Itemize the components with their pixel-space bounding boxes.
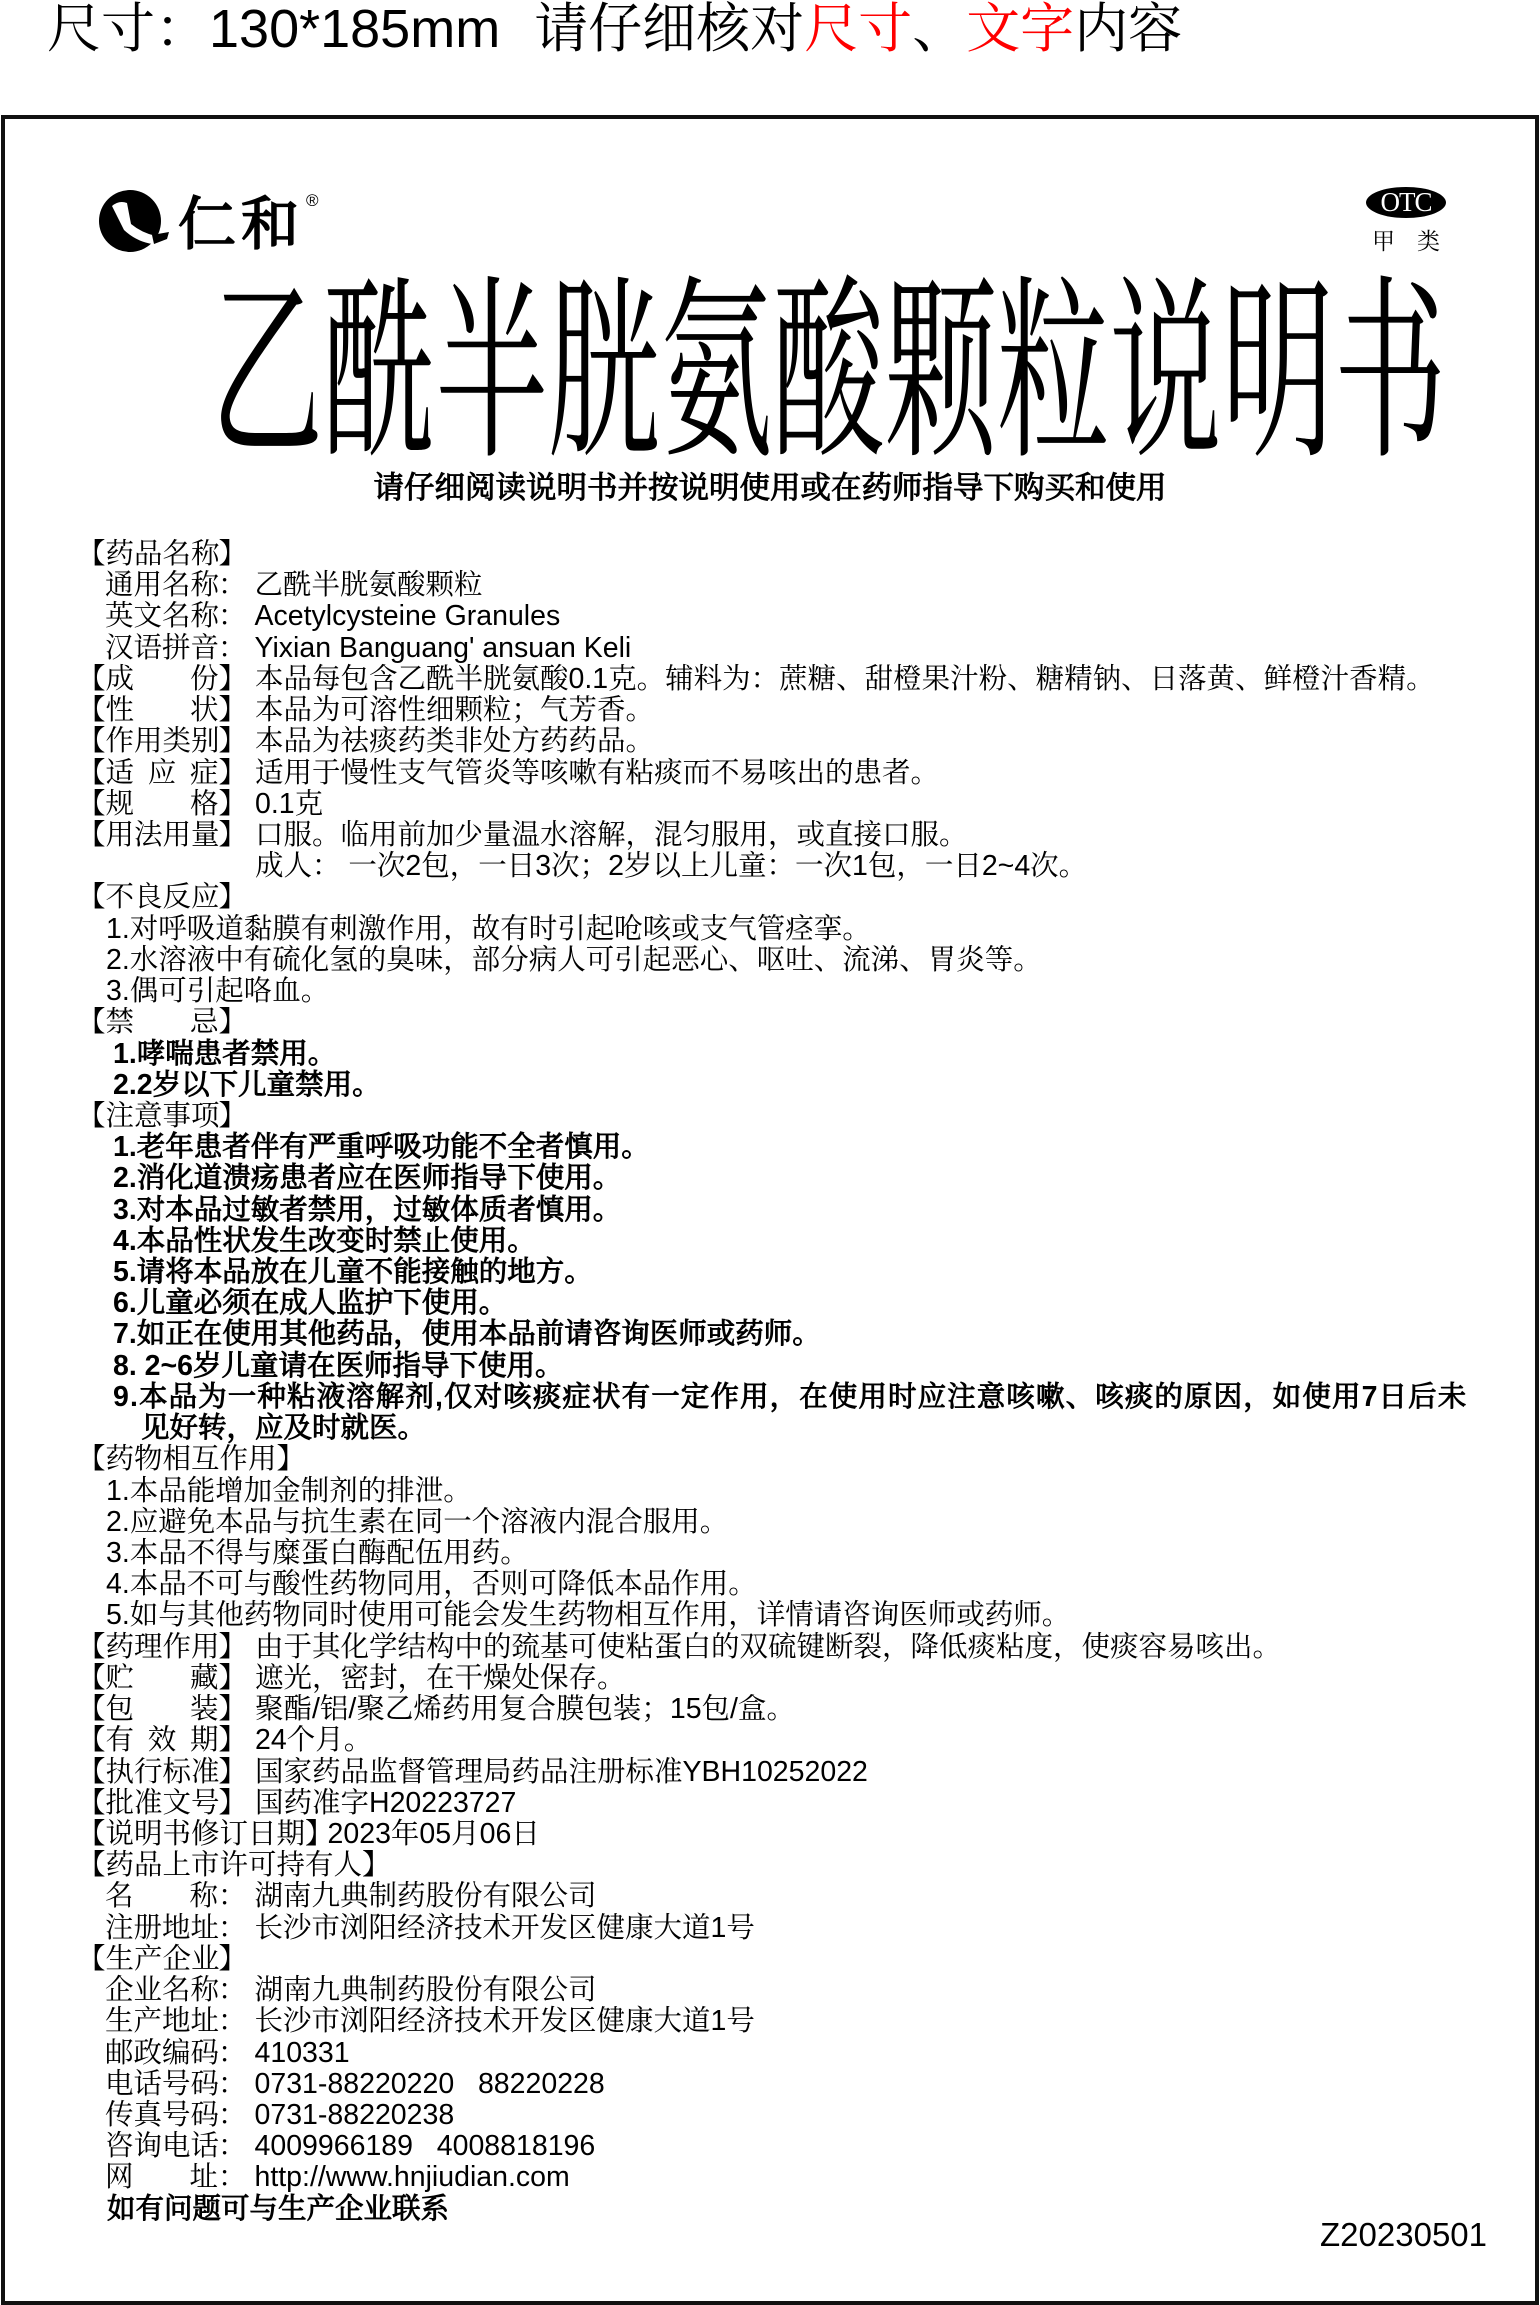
section-value: 2023年05月06日: [328, 1819, 540, 1850]
brand-name: 仁和: [178, 196, 304, 254]
dosage-detail: 成人： 一次2包，一日3次；2岁以上儿童：一次1包，一日2~4次。: [0, 851, 1540, 882]
field-pinyin: 汉语拼音 ： Yixian Banguang' ansuan Keli: [0, 633, 1540, 664]
bracket-close: 】: [219, 695, 248, 726]
section-pharmacology: 【 药理作用 】 由于其化学结构中的巯基可使粘蛋白的双硫键断裂，降低痰粘度，使痰…: [0, 1632, 1540, 1663]
section-label: 药物相互作用: [106, 1444, 277, 1475]
section-standard: 【 执行标准 】 国家药品监督管理局药品注册标准YBH10252022: [0, 1757, 1540, 1788]
contact-note: 如有问题可与生产企业联系: [0, 2194, 1540, 2225]
document-subtitle: 请仔细阅读说明书并按说明使用或在药师指导下购买和使用: [0, 471, 1540, 505]
section-manufacturer: 【 生产企业 】: [0, 1944, 1540, 1975]
contact-note-text: 如有问题可与生产企业联系: [107, 2194, 449, 2225]
section-value: 本品为可溶性细颗粒；气芳香。: [255, 695, 654, 726]
bracket-open: 【: [77, 539, 106, 570]
bracket-close: 】: [219, 539, 248, 570]
section-ingredients: 【 成 份 】 本品每包含乙酰半胱氨酸0.1克。辅料为：蔗糖、甜橙果汁粉、糖精钠…: [0, 664, 1540, 695]
list-item-text: 1.本品能增加金制剂的排泄。: [106, 1476, 472, 1507]
section-label: 批准文号: [106, 1788, 219, 1819]
section-value: 国药准字H20223727: [255, 1788, 516, 1819]
list-item: 4.本品不可与酸性药物同用，否则可降低本品作用。: [0, 1569, 1540, 1600]
field-postal-code: 邮政编码 ： 410331: [0, 2038, 1540, 2069]
section-appearance: 【 性 状 】 本品为可溶性细颗粒；气芳香。: [0, 695, 1540, 726]
field-label: 通用名称: [105, 570, 218, 601]
section-label: 药品上市许可持有人: [106, 1850, 363, 1881]
list-item-text: 5.请将本品放在儿童不能接触的地方。: [113, 1257, 593, 1288]
section-value: 国家药品监督管理局药品注册标准YBH10252022: [255, 1757, 868, 1788]
list-item: 2.应避免本品与抗生素在同一个溶液内混合服用。: [0, 1507, 1540, 1538]
bracket-close: 】: [219, 1694, 248, 1725]
section-indications: 【 适 应 症 】 适用于慢性支气管炎等咳嗽有粘痰而不易咳出的患者。: [0, 758, 1540, 789]
bracket-close: 】: [219, 789, 248, 820]
section-value: 本品为祛痰药类非处方药药品。: [255, 726, 654, 757]
list-item: 3.对本品过敏者禁用，过敏体质者慎用。: [0, 1195, 1540, 1226]
colon: ：: [218, 2038, 247, 2069]
field-value: 4009966189 4008818196: [255, 2131, 596, 2162]
section-drug-name: 【 药品名称 】: [0, 539, 1540, 570]
field-label: 注册地址: [105, 1913, 218, 1944]
field-value: Yixian Banguang' ansuan Keli: [255, 633, 632, 664]
otc-badge: OTC: [1366, 187, 1446, 218]
bracket-close: 】: [277, 1444, 306, 1475]
list-item: 2.消化道溃疡患者应在医师指导下使用。: [0, 1163, 1540, 1194]
colon: ：: [218, 601, 247, 632]
field-label: 名 称: [105, 1881, 218, 1912]
bracket-close: 】: [219, 1788, 248, 1819]
colon: ：: [218, 2162, 247, 2193]
field-label: 传真号码: [105, 2100, 218, 2131]
field-value: 410331: [255, 2038, 350, 2069]
bracket-close: 】: [219, 726, 248, 757]
bracket-open: 【: [77, 726, 106, 757]
registered-mark: ®: [306, 192, 319, 209]
list-item: 8. 2~6岁儿童请在医师指导下使用。: [0, 1351, 1540, 1382]
field-value: 湖南九典制药股份有限公司: [255, 1881, 597, 1912]
list-item-text: 8. 2~6岁儿童请在医师指导下使用。: [113, 1351, 564, 1382]
list-item-text: 6.儿童必须在成人监护下使用。: [113, 1288, 507, 1319]
bracket-open: 【: [77, 1725, 106, 1756]
section-packaging: 【 包 装 】 聚酯/铝/聚乙烯药用复合膜包装；15包/盒。: [0, 1694, 1540, 1725]
bracket-close: 】: [219, 758, 248, 789]
bracket-open: 【: [77, 1632, 106, 1663]
list-item: 7.如正在使用其他药品，使用本品前请咨询医师或药师。: [0, 1319, 1540, 1350]
section-label: 不良反应: [106, 882, 219, 913]
field-company-name: 企业名称 ： 湖南九典制药股份有限公司: [0, 1975, 1540, 2006]
section-value: 适用于慢性支气管炎等咳嗽有粘痰而不易咳出的患者。: [255, 758, 939, 789]
colon: ：: [218, 570, 247, 601]
bracket-open: 【: [77, 758, 106, 789]
list-item-text: 7.如正在使用其他药品，使用本品前请咨询医师或药师。: [113, 1319, 821, 1350]
list-item-text: 2.水溶液中有硫化氢的臭味，部分病人可引起恶心、呕吐、流涕、胃炎等。: [106, 945, 1042, 976]
list-item-text: 3.本品不得与糜蛋白酶配伍用药。: [106, 1538, 529, 1569]
section-storage: 【 贮 藏 】 遮光，密封，在干燥处保存。: [0, 1663, 1540, 1694]
bracket-open: 【: [77, 1944, 106, 1975]
bracket-open: 【: [77, 1788, 106, 1819]
section-label: 成 份: [106, 664, 219, 695]
list-item-text: 4.本品性状发生改变时禁止使用。: [113, 1226, 536, 1257]
field-value: 0731-88220238: [255, 2100, 455, 2131]
document-code: Z20230501: [1320, 2218, 1487, 2252]
list-item-text: 1.哮喘患者禁用。: [113, 1039, 336, 1070]
section-precautions: 【 注意事项 】: [0, 1101, 1540, 1132]
leaflet-body: 【 药品名称 】 通用名称 ： 乙酰半胱氨酸颗粒 英文名称 ： Acetylcy…: [0, 539, 1540, 2225]
bracket-close: 】: [219, 1007, 248, 1038]
list-item: 1.哮喘患者禁用。: [0, 1039, 1540, 1070]
section-value: 0.1克: [255, 789, 323, 820]
highlight-size: 尺寸: [804, 0, 912, 59]
otc-category: 甲 类: [1372, 228, 1440, 254]
list-item-text: 2.应避免本品与抗生素在同一个溶液内混合服用。: [106, 1507, 728, 1538]
bracket-open: 【: [77, 1757, 106, 1788]
list-item: 1.老年患者伴有严重呼吸功能不全者慎用。: [0, 1132, 1540, 1163]
section-label: 包 装: [106, 1694, 219, 1725]
field-value: http://www.hnjiudian.com: [255, 2162, 570, 2193]
field-english-name: 英文名称 ： Acetylcysteine Granules: [0, 601, 1540, 632]
list-item: 9.本品为一种粘液溶解剂,仅对咳痰症状有一定作用，在使用时应注意咳嗽、咳痰的原因…: [0, 1382, 1540, 1413]
list-item-text: 9.本品为一种粘液溶解剂,仅对咳痰症状有一定作用，在使用时应注意咳嗽、咳痰的原因…: [113, 1382, 1467, 1413]
bracket-close: 】: [219, 1725, 248, 1756]
bracket-close: 】: [219, 1663, 248, 1694]
bracket-open: 【: [77, 1694, 106, 1725]
list-item-continuation: 见好转，应及时就医。: [0, 1413, 1540, 1444]
colon: ：: [218, 2006, 247, 2037]
check-text: 请仔细核对: [534, 0, 804, 59]
field-fax: 传真号码 ： 0731-88220238: [0, 2100, 1540, 2131]
bracket-open: 【: [77, 789, 106, 820]
section-label: 禁 忌: [106, 1007, 219, 1038]
renhe-logo-icon: [97, 189, 173, 255]
field-holder-name: 名 称 ： 湖南九典制药股份有限公司: [0, 1881, 1540, 1912]
field-hotline: 咨询电话 ： 4009966189 4008818196: [0, 2131, 1540, 2162]
section-label: 药理作用: [106, 1632, 219, 1663]
section-label: 说明书修订日期: [106, 1819, 306, 1850]
document-title: 乙酰半胱氨酸颗粒说明书: [211, 275, 1446, 471]
list-item-text: 1.老年患者伴有严重呼吸功能不全者慎用。: [113, 1132, 650, 1163]
field-website: 网 址 ： http://www.hnjiudian.com: [0, 2162, 1540, 2193]
size-text: 尺寸：130*185mm: [47, 0, 500, 59]
section-value: 聚酯/铝/聚乙烯药用复合膜包装；15包/盒。: [255, 1694, 795, 1725]
section-label: 注意事项: [106, 1101, 219, 1132]
bracket-open: 【: [77, 1663, 106, 1694]
note-suffix: 内容: [1074, 0, 1182, 59]
section-value: 遮光，密封，在干燥处保存。: [255, 1663, 626, 1694]
section-label: 规 格: [106, 789, 219, 820]
list-item: 4.本品性状发生改变时禁止使用。: [0, 1226, 1540, 1257]
bracket-close: 】: [219, 820, 248, 851]
colon: ：: [218, 1881, 247, 1912]
bracket-open: 【: [77, 820, 106, 851]
brand-logo: 仁和 ®: [97, 189, 337, 255]
section-label: 执行标准: [106, 1757, 219, 1788]
section-adverse-reactions: 【 不良反应 】: [0, 882, 1540, 913]
bracket-close: 】: [362, 1850, 391, 1881]
bracket-open: 【: [77, 1007, 106, 1038]
colon: ：: [218, 1975, 247, 2006]
bracket-open: 【: [77, 664, 106, 695]
list-item: 5.请将本品放在儿童不能接触的地方。: [0, 1257, 1540, 1288]
field-label: 网 址: [105, 2162, 218, 2193]
field-label: 邮政编码: [105, 2038, 218, 2069]
field-label: 生产地址: [105, 2006, 218, 2037]
separator: 、: [912, 0, 966, 59]
field-value: 0731-88220220 88220228: [255, 2069, 605, 2100]
colon: ：: [218, 1913, 247, 1944]
list-item: 6.儿童必须在成人监护下使用。: [0, 1288, 1540, 1319]
list-item: 5.如与其他药物同时使用可能会发生药物相互作用，详情请咨询医师或药师。: [0, 1600, 1540, 1631]
bracket-open: 【: [77, 1850, 106, 1881]
colon: ：: [218, 2100, 247, 2131]
section-label: 有 效 期: [106, 1725, 219, 1756]
section-value: 24个月。: [255, 1725, 372, 1756]
section-value: 由于其化学结构中的巯基可使粘蛋白的双硫键断裂，降低痰粘度，使痰容易咳出。: [255, 1632, 1281, 1663]
list-item: 3.偶可引起咯血。: [0, 976, 1540, 1007]
field-label: 汉语拼音: [105, 633, 218, 664]
bracket-close: 】: [219, 1632, 248, 1663]
list-item: 1.本品能增加金制剂的排泄。: [0, 1476, 1540, 1507]
colon: ：: [218, 2069, 247, 2100]
section-dosage: 【 用法用量 】 口服。临用前加少量温水溶解，混匀服用，或直接口服。: [0, 820, 1540, 851]
section-revision-date: 【 说明书修订日期 】 2023年05月06日: [0, 1819, 1540, 1850]
list-item-text: 4.本品不可与酸性药物同用，否则可降低本品作用。: [106, 1569, 757, 1600]
list-item: 2.2岁以下儿童禁用。: [0, 1070, 1540, 1101]
field-value: 长沙市浏阳经济技术开发区健康大道1号: [255, 1913, 755, 1944]
list-item-text: 2.2岁以下儿童禁用。: [113, 1070, 381, 1101]
field-value: 湖南九典制药股份有限公司: [255, 1975, 597, 2006]
field-production-address: 生产地址 ： 长沙市浏阳经济技术开发区健康大道1号: [0, 2006, 1540, 2037]
section-shelf-life: 【 有 效 期 】 24个月。: [0, 1725, 1540, 1756]
section-label: 药品名称: [106, 539, 219, 570]
list-item-text: 2.消化道溃疡患者应在医师指导下使用。: [113, 1163, 621, 1194]
highlight-text: 文字: [966, 0, 1074, 59]
list-item: 2.水溶液中有硫化氢的臭味，部分病人可引起恶心、呕吐、流涕、胃炎等。: [0, 945, 1540, 976]
section-label: 生产企业: [106, 1944, 219, 1975]
section-license-holder: 【 药品上市许可持有人 】: [0, 1850, 1540, 1881]
field-label: 电话号码: [105, 2069, 218, 2100]
field-label: 咨询电话: [105, 2131, 218, 2162]
bracket-open: 【: [77, 1101, 106, 1132]
proof-note: 尺寸：130*185mm请仔细核对尺寸、文字内容: [47, 0, 1182, 59]
field-value: 乙酰半胱氨酸颗粒: [255, 570, 483, 601]
section-category: 【 作用类别 】 本品为祛痰药类非处方药药品。: [0, 726, 1540, 757]
section-approval-number: 【 批准文号 】 国药准字H20223727: [0, 1788, 1540, 1819]
list-item-text: 3.偶可引起咯血。: [106, 976, 329, 1007]
bracket-close: 】: [219, 1101, 248, 1132]
field-generic-name: 通用名称 ： 乙酰半胱氨酸颗粒: [0, 570, 1540, 601]
colon: ：: [218, 633, 247, 664]
section-label: 作用类别: [106, 726, 219, 757]
bracket-open: 【: [77, 695, 106, 726]
list-item-text: 3.对本品过敏者禁用，过敏体质者慎用。: [113, 1195, 621, 1226]
bracket-open: 【: [77, 1444, 106, 1475]
bracket-close: 】: [219, 1757, 248, 1788]
section-value: 本品每包含乙酰半胱氨酸0.1克。辅料为：蔗糖、甜橙果汁粉、糖精钠、日落黄、鲜橙汁…: [255, 664, 1435, 695]
bracket-close: 】: [219, 882, 248, 913]
list-item-text: 5.如与其他药物同时使用可能会发生药物相互作用，详情请咨询医师或药师。: [106, 1600, 1070, 1631]
field-holder-address: 注册地址 ： 长沙市浏阳经济技术开发区健康大道1号: [0, 1913, 1540, 1944]
section-value: 口服。临用前加少量温水溶解，混匀服用，或直接口服。: [255, 820, 968, 851]
bracket-open: 【: [77, 882, 106, 913]
bracket-close: 】: [219, 664, 248, 695]
section-strength: 【 规 格 】 0.1克: [0, 789, 1540, 820]
list-item-text: 1.对呼吸道黏膜有刺激作用，故有时引起呛咳或支气管痉挛。: [106, 914, 871, 945]
section-label: 用法用量: [106, 820, 219, 851]
field-phone: 电话号码 ： 0731-88220220 88220228: [0, 2069, 1540, 2100]
bracket-open: 【: [77, 1819, 106, 1850]
list-item-text: 见好转，应及时就医。: [141, 1413, 426, 1444]
field-value: 长沙市浏阳经济技术开发区健康大道1号: [255, 2006, 755, 2037]
section-contraindications: 【 禁 忌 】: [0, 1007, 1540, 1038]
list-item: 3.本品不得与糜蛋白酶配伍用药。: [0, 1538, 1540, 1569]
section-label: 适 应 症: [106, 758, 219, 789]
section-value: 成人： 一次2包，一日3次；2岁以上儿童：一次1包，一日2~4次。: [255, 851, 1087, 882]
list-item: 1.对呼吸道黏膜有刺激作用，故有时引起呛咳或支气管痉挛。: [0, 914, 1540, 945]
field-label: 英文名称: [105, 601, 218, 632]
colon: ：: [218, 2131, 247, 2162]
field-value: Acetylcysteine Granules: [255, 601, 561, 632]
section-label: 性 状: [106, 695, 219, 726]
bracket-close: 】: [219, 1944, 248, 1975]
section-label: 贮 藏: [106, 1663, 219, 1694]
section-interactions: 【 药物相互作用 】: [0, 1444, 1540, 1475]
field-label: 企业名称: [105, 1975, 218, 2006]
